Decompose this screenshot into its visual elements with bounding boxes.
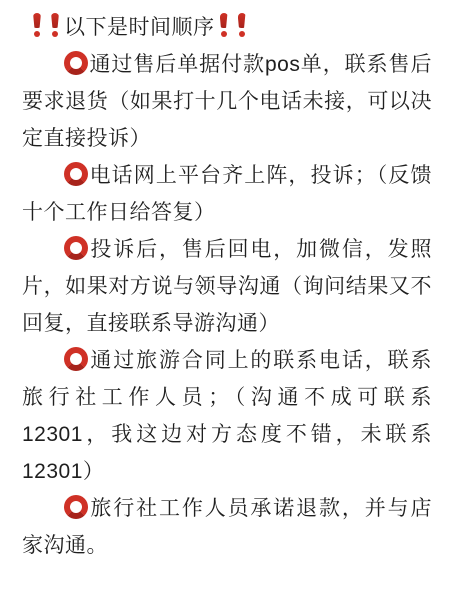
timeline-paragraph: 通过旅游合同上的联系电话，联系旅行社工作人员；（沟通不成可联系12301，我这边… <box>22 342 432 490</box>
timeline-paragraph: 投诉后，售后回电，加微信，发照片，如果对方说与领导沟通（询问结果又不回复，直接联… <box>22 231 432 342</box>
exclamation-mark-icon <box>32 13 42 37</box>
exclamation-mark-icon <box>50 13 60 37</box>
exclamation-mark-icon <box>219 13 229 37</box>
title-text: 以下是时间顺序 <box>64 16 215 39</box>
timeline-paragraph: 旅行社工作人员承诺退款，并与店家沟通。 <box>22 490 432 564</box>
circle-bullet-icon <box>64 236 88 260</box>
exclamation-mark-icon <box>237 13 247 37</box>
circle-bullet-icon <box>64 347 88 371</box>
title-line: 以下是时间顺序 <box>28 9 432 46</box>
circle-bullet-icon <box>64 51 88 75</box>
circle-bullet-icon <box>64 162 88 186</box>
timeline-paragraph: 电话网上平台齐上阵，投诉；（反馈十个工作日给答复） <box>22 157 432 231</box>
note-document: 以下是时间顺序 通过售后单据付款pos单，联系售后要求退货（如果打十几个电话未接… <box>0 0 450 600</box>
timeline-paragraph: 通过售后单据付款pos单，联系售后要求退货（如果打十几个电话未接，可以决定直接投… <box>22 46 432 157</box>
circle-bullet-icon <box>64 495 88 519</box>
paragraph-text: 通过旅游合同上的联系电话，联系旅行社工作人员；（沟通不成可联系12301，我这边… <box>22 349 432 483</box>
